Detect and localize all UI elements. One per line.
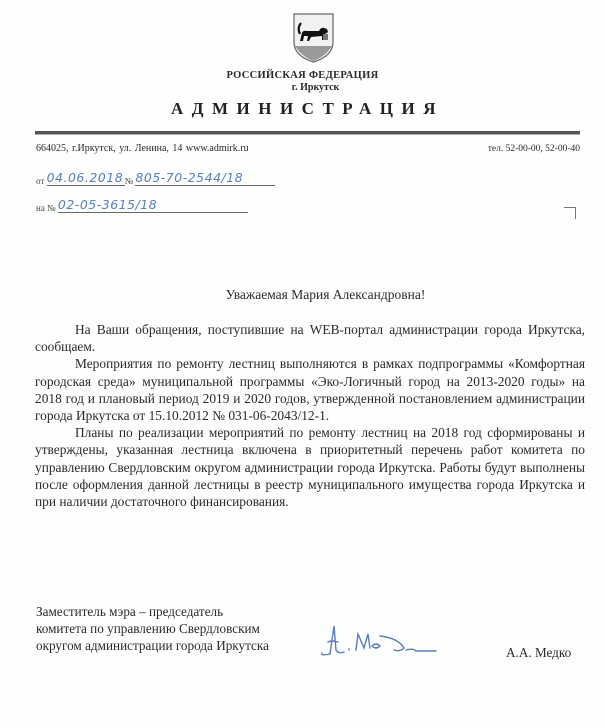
address-line: 664025, г.Иркутск, ул. Ленина, 14 www.ad…	[36, 143, 249, 154]
paragraph: Мероприятия по ремонту лестниц выполняют…	[35, 355, 585, 424]
position-line: округом администрации города Иркутска	[36, 637, 269, 654]
letter-date: 04.06.2018	[47, 170, 124, 185]
number-label: №	[125, 176, 134, 186]
paragraph: Планы по реализации мероприятий по ремон…	[35, 424, 585, 510]
position-line: комитета по управлению Свердловским	[36, 620, 269, 637]
from-label: от	[36, 176, 44, 186]
incoming-registration: на № 02-05-3615/18	[36, 197, 248, 213]
paragraph: На Ваши обращения, поступившие на WEB-по…	[35, 321, 585, 355]
header-divider	[35, 131, 580, 135]
city-name: г. Иркутск	[0, 82, 605, 93]
organization-title: АДМИНИСТРАЦИЯ	[0, 99, 605, 119]
address-corner-mark	[564, 207, 576, 219]
handwritten-signature-icon	[318, 620, 438, 660]
incoming-number: 02-05-3615/18	[58, 197, 157, 212]
outgoing-number: 805-70-2544/18	[135, 170, 243, 185]
signer-position: Заместитель мэра – председатель комитета…	[36, 603, 269, 655]
greeting: Уважаемая Мария Александровна!	[0, 287, 605, 303]
country-name: РОССИЙСКАЯ ФЕДЕРАЦИЯ	[0, 70, 605, 81]
outgoing-registration: от 04.06.2018№ 805-70-2544/18	[36, 170, 275, 186]
reply-label: на №	[36, 203, 56, 213]
letter-body: На Ваши обращения, поступившие на WEB-по…	[35, 321, 585, 510]
phone-line: тел. 52-00-00, 52-00-40	[488, 144, 580, 154]
signer-name: А.А. Медко	[506, 645, 571, 661]
position-line: Заместитель мэра – председатель	[36, 603, 269, 620]
coat-of-arms-icon	[291, 12, 336, 64]
